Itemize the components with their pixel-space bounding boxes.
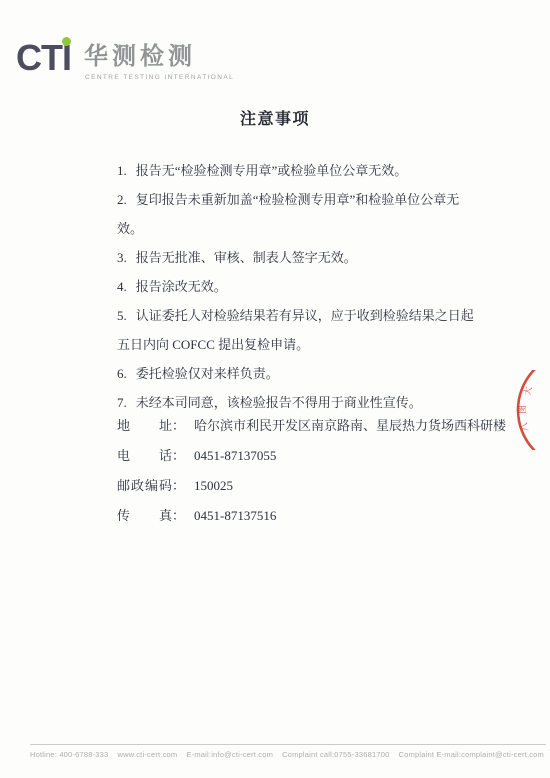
contact-label: 电话 <box>117 441 172 471</box>
note-item-4: 4.报告涂改无效。 <box>117 272 485 301</box>
contact-row-postcode: 邮政编码：150025 <box>117 471 517 501</box>
contact-row-phone: 电话：0451-87137055 <box>117 441 517 471</box>
report-notes-page: CTI 华测检测 CENTRE TESTING INTERNATIONAL 注意… <box>0 0 550 778</box>
note-text: 委托检验仅对来样负责。 <box>136 366 279 381</box>
cti-logo-letters: CTI <box>16 40 71 76</box>
contact-label: 地址 <box>117 411 172 441</box>
note-number: 1. <box>117 156 127 185</box>
note-number: 3. <box>117 243 127 272</box>
contact-value: 0451-87137516 <box>194 501 276 531</box>
note-item-2: 2.复印报告未重新加盖“检验检测专用章”和检验单位公章无效。 <box>117 185 485 243</box>
contact-colon: ： <box>172 471 185 501</box>
red-seal-fragment-icon: 大 图 八 <box>504 370 550 450</box>
note-text: 报告无“检验检测专用章”或检验单位公章无效。 <box>136 163 408 178</box>
note-text: 复印报告未重新加盖“检验检测专用章”和检验单位公章无效。 <box>117 192 459 236</box>
footer-complaint-call: Complaint call:0755-33681700 <box>282 750 389 759</box>
page-title: 注意事项 <box>0 106 550 129</box>
contact-colon: ： <box>172 411 185 441</box>
note-item-6: 6.委托检验仅对来样负责。 <box>117 359 485 388</box>
note-item-3: 3.报告无批准、审核、制表人签字无效。 <box>117 243 485 272</box>
footer-complaint-email: Complaint E-mail:complaint@cti-cert.com <box>399 750 544 759</box>
contact-row-fax: 传真：0451-87137516 <box>117 501 517 531</box>
note-text: 报告无批准、审核、制表人签字无效。 <box>136 250 357 265</box>
logo-chinese-name: 华测检测 <box>84 44 196 70</box>
svg-text:图: 图 <box>517 405 527 414</box>
logo-tagline: CENTRE TESTING INTERNATIONAL <box>85 74 234 81</box>
footer-bar: Hotline: 400-6788-333 www.cti-cert.com E… <box>30 750 544 759</box>
note-number: 6. <box>117 359 127 388</box>
note-text: 未经本司同意，该检验报告不得用于商业性宣传。 <box>136 395 422 410</box>
note-text: 报告涂改无效。 <box>136 279 227 294</box>
cti-logo: CTI 华测检测 CENTRE TESTING INTERNATIONAL <box>16 16 276 72</box>
contact-info: 地址：哈尔滨市利民开发区南京路南、星辰热力货场西科研楼 电话：0451-8713… <box>117 411 517 531</box>
contact-label: 传真 <box>117 501 172 531</box>
note-number: 2. <box>117 185 127 214</box>
contact-colon: ： <box>172 501 185 531</box>
footer-hotline: Hotline: 400-6788-333 <box>30 750 108 759</box>
footer-divider <box>30 744 546 745</box>
note-item-5: 5.认证委托人对检验结果若有异议，应于收到检验结果之日起五日内向 COFCC 提… <box>117 301 485 359</box>
note-item-1: 1.报告无“检验检测专用章”或检验单位公章无效。 <box>117 156 485 185</box>
green-dot-icon <box>62 37 71 46</box>
contact-value: 150025 <box>194 471 233 501</box>
contact-colon: ： <box>172 441 185 471</box>
note-number: 4. <box>117 272 127 301</box>
contact-row-address: 地址：哈尔滨市利民开发区南京路南、星辰热力货场西科研楼 <box>117 411 517 441</box>
note-text: 认证委托人对检验结果若有异议，应于收到检验结果之日起五日内向 COFCC 提出复… <box>117 308 474 352</box>
note-number: 5. <box>117 301 127 330</box>
contact-value: 0451-87137055 <box>194 441 276 471</box>
footer-email: E-mail:info@cti-cert.com <box>186 750 273 759</box>
contact-label: 邮政编码 <box>117 471 172 501</box>
contact-value: 哈尔滨市利民开发区南京路南、星辰热力货场西科研楼 <box>194 411 506 441</box>
footer-website: www.cti-cert.com <box>118 750 178 759</box>
svg-text:大: 大 <box>521 386 533 397</box>
svg-text:八: 八 <box>519 422 530 433</box>
notes-list: 1.报告无“检验检测专用章”或检验单位公章无效。 2.复印报告未重新加盖“检验检… <box>117 156 485 417</box>
